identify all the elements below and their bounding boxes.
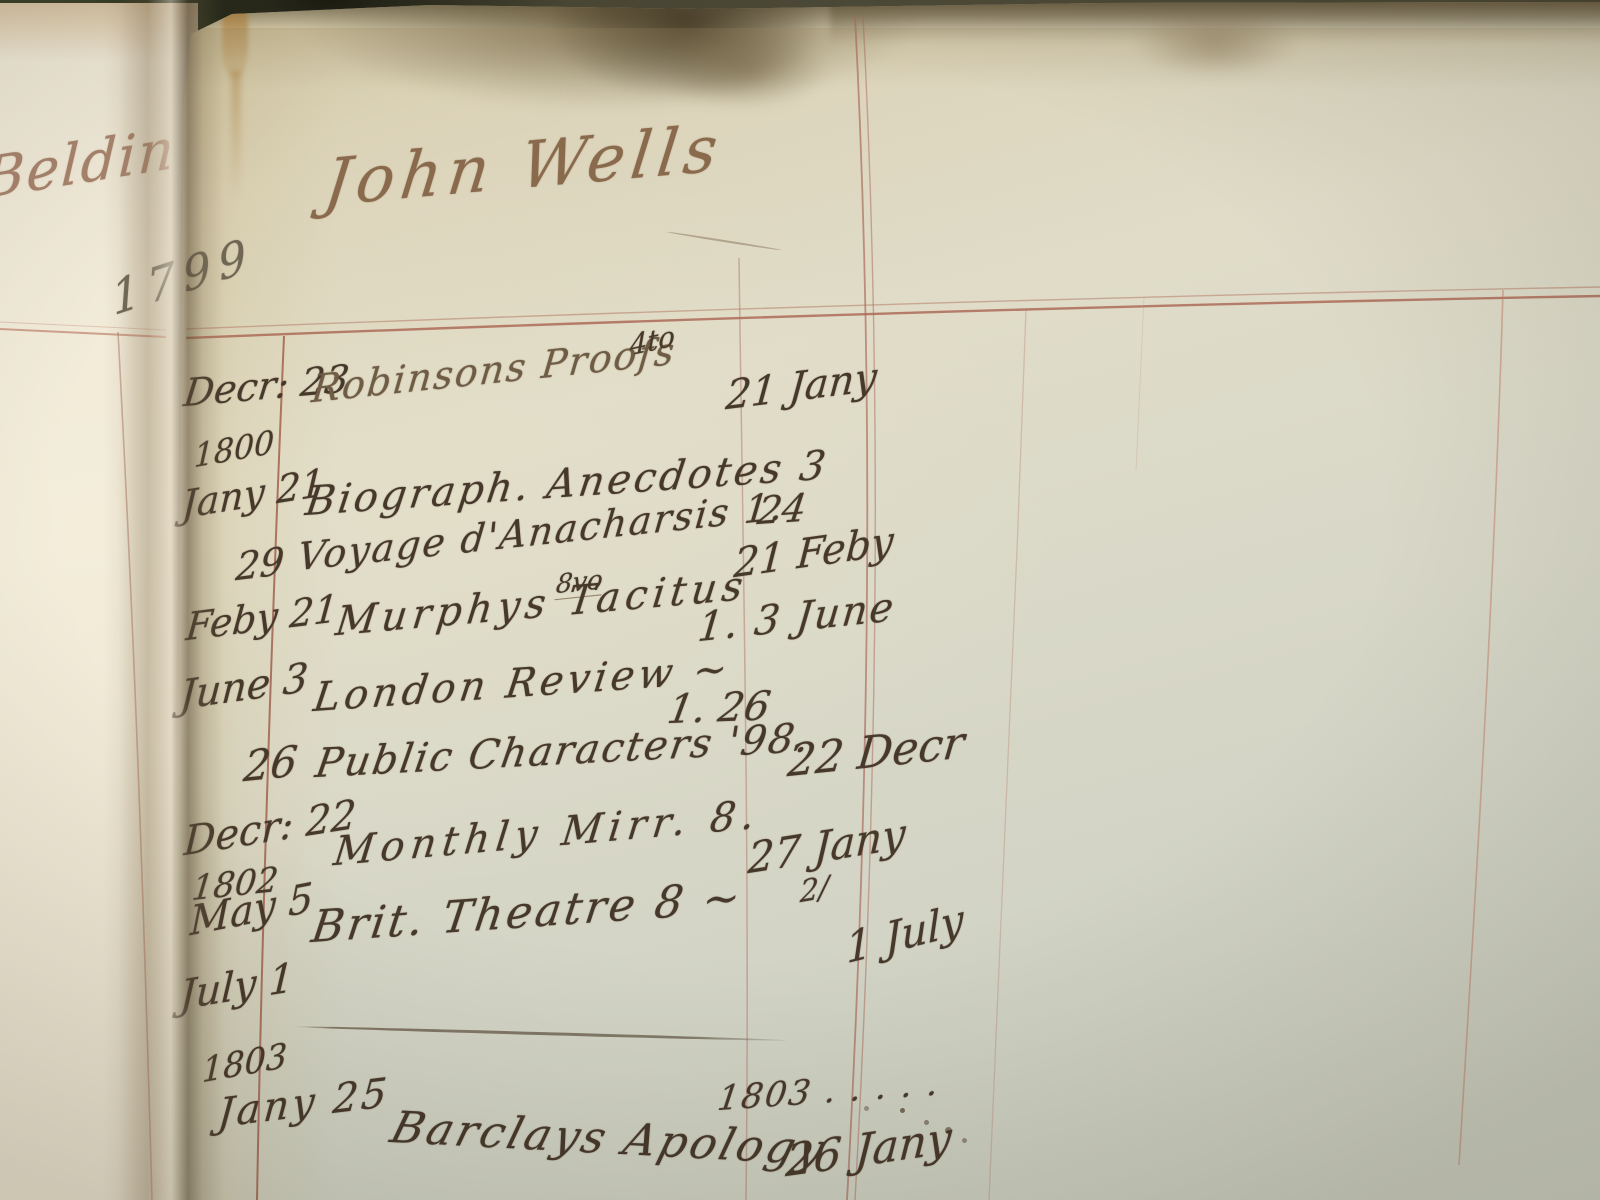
entry-date: 29 [234,542,285,587]
ink-specks [900,1108,905,1113]
ledger-photo: Beldin John Wells 1799 Decr: 23 Robinson… [0,0,1600,1200]
entry-date: 26 [242,740,300,788]
entry-format-note: 8vo [555,567,605,600]
entry-fee-note: 2/ [799,873,829,909]
binding-gutter-shadow [118,0,224,1200]
